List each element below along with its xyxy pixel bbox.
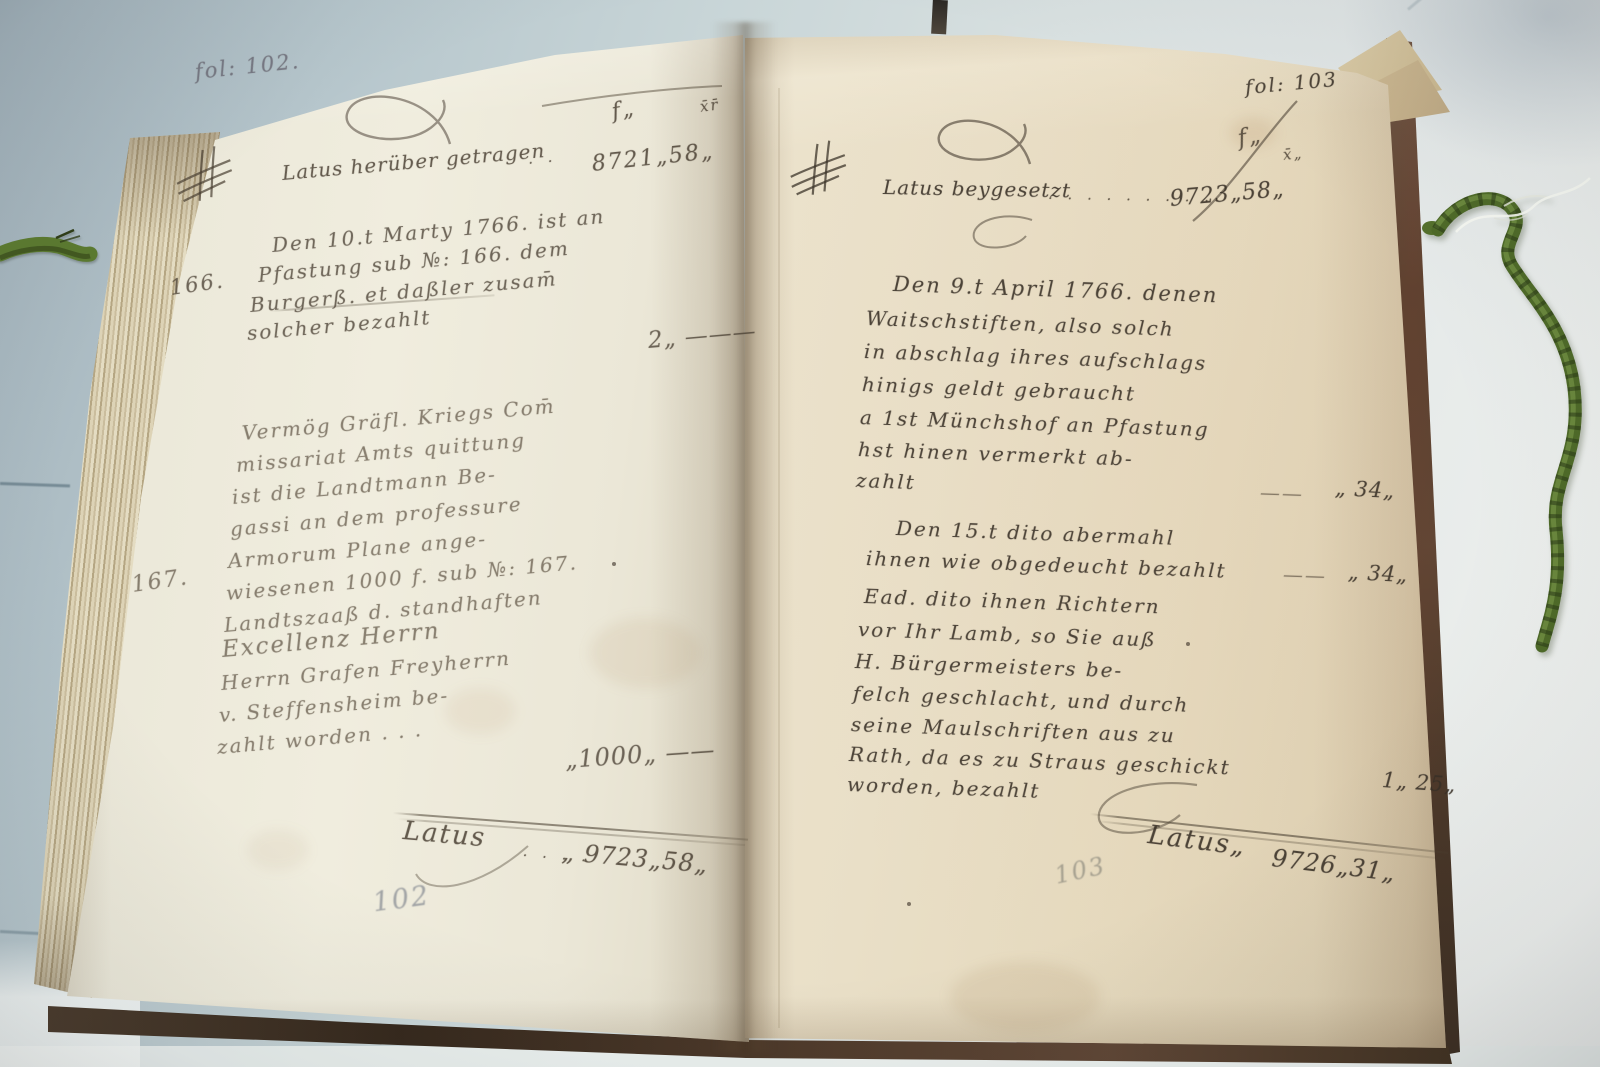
entry-line: zahlt bbox=[856, 468, 917, 494]
right-margin-mark-icon bbox=[783, 137, 853, 199]
left-column-florin-label: f„ bbox=[610, 96, 638, 125]
right-header-small-flourish-icon bbox=[962, 212, 1037, 252]
right-column-kreuzer-label: x̄„ bbox=[1282, 144, 1304, 164]
page-crease bbox=[778, 88, 780, 1028]
entry-amount: „ 34„ bbox=[1334, 476, 1395, 503]
entry-leader-dash: —— bbox=[1283, 562, 1328, 588]
green-tie-left bbox=[0, 228, 95, 276]
right-column-florin-label: f„ bbox=[1236, 122, 1265, 152]
entry-amount: „ 34„ bbox=[1347, 560, 1408, 587]
left-header-leader: . . bbox=[527, 147, 558, 167]
page-stain bbox=[950, 962, 1100, 1032]
manuscript-photo: fol: 102. Latus herüber getragen . . f„ … bbox=[0, 0, 1600, 1067]
left-header-flourish-icon bbox=[325, 82, 455, 157]
page-stain bbox=[248, 830, 308, 870]
entry-leader-dash: —— bbox=[1260, 480, 1305, 506]
left-column-kreuzer-label: x̄r̄ bbox=[699, 95, 721, 116]
white-thread bbox=[1448, 136, 1598, 276]
ink-speck bbox=[1186, 642, 1190, 646]
entry-amount: 1„ 25„ bbox=[1381, 768, 1457, 797]
ink-speck bbox=[907, 902, 911, 906]
spine-gutter-shadow bbox=[712, 22, 776, 1052]
left-margin-mark-icon bbox=[168, 142, 239, 206]
page-stain bbox=[590, 618, 700, 688]
right-header-flourish-icon bbox=[920, 108, 1035, 176]
page-stain bbox=[445, 688, 515, 734]
bookmark-tab bbox=[931, 0, 948, 34]
ink-speck bbox=[612, 562, 616, 566]
right-header-label: Latus beygesetzt bbox=[883, 175, 1071, 202]
